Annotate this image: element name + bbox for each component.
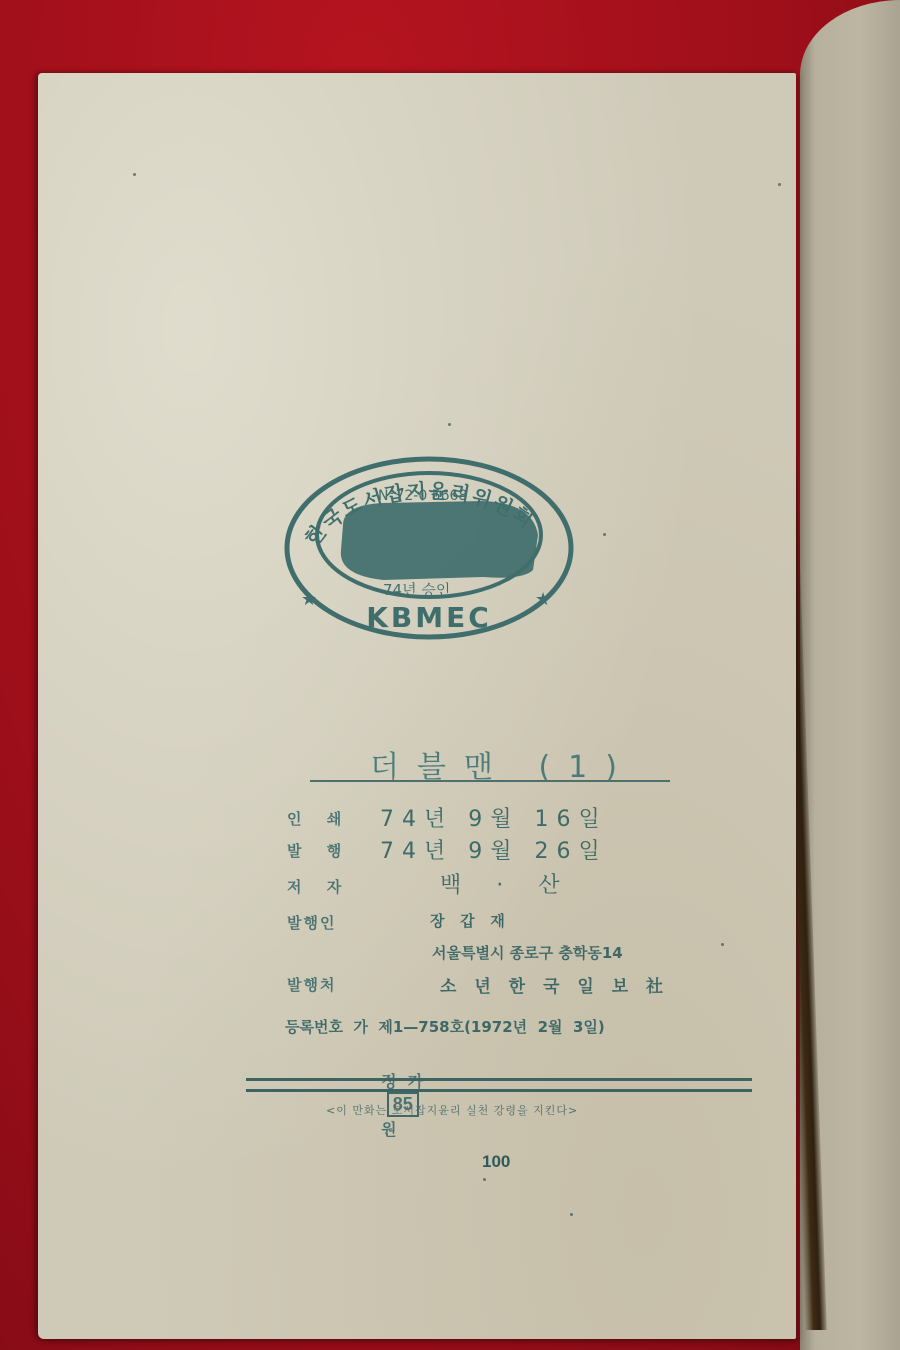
colophon-page — [38, 73, 796, 1339]
publisher-name: 소 년 한 국 일 보 社 — [440, 972, 669, 997]
paper-speck — [778, 183, 781, 186]
paper-speck — [483, 1178, 486, 1181]
svg-text:KBMEC: KBMEC — [366, 601, 492, 634]
paper-speck — [448, 423, 451, 426]
label-print-date: 인 쇄 — [287, 808, 351, 829]
kbmec-approval-stamp: 한국도서잡지윤리위원회 N°72-0 5668 74년 승인 ★ ★ KBMEC — [283, 455, 575, 641]
value-publish-date: 74년 9월 26일 — [380, 834, 608, 865]
svg-text:74년 승인: 74년 승인 — [383, 581, 450, 599]
svg-text:N°72-0 5668: N°72-0 5668 — [378, 488, 467, 504]
page-number: 100 — [482, 1152, 510, 1172]
label-publisher: 발행처 — [287, 974, 336, 995]
label-publish-date: 발 행 — [287, 840, 351, 861]
svg-text:★: ★ — [535, 589, 551, 610]
registration-number: 등록번호 가 제1—758호(1972년 2월 3일) — [285, 1016, 605, 1037]
double-rule — [246, 1078, 752, 1092]
paper-speck — [603, 533, 606, 536]
publisher-address: 서울특별시 종로구 충학동14 — [432, 942, 623, 963]
label-author: 저 자 — [287, 876, 351, 897]
ethics-note: <이 만화는 도서잡지윤리 실천 강령을 지킨다> — [326, 1102, 578, 1118]
price-line: 정 가 85 원 — [370, 1050, 424, 1140]
label-publisher-person: 발행인 — [287, 912, 336, 933]
value-publisher-person: 장 갑 재 — [430, 910, 505, 931]
paper-speck — [721, 943, 724, 946]
value-print-date: 74년 9월 16일 — [380, 802, 608, 833]
title-underline — [310, 780, 670, 782]
value-author: 백 · 산 — [440, 868, 573, 899]
paper-speck — [570, 1213, 573, 1216]
svg-text:★: ★ — [301, 589, 317, 610]
paper-speck — [133, 173, 136, 176]
price-unit: 원 — [381, 1120, 396, 1139]
